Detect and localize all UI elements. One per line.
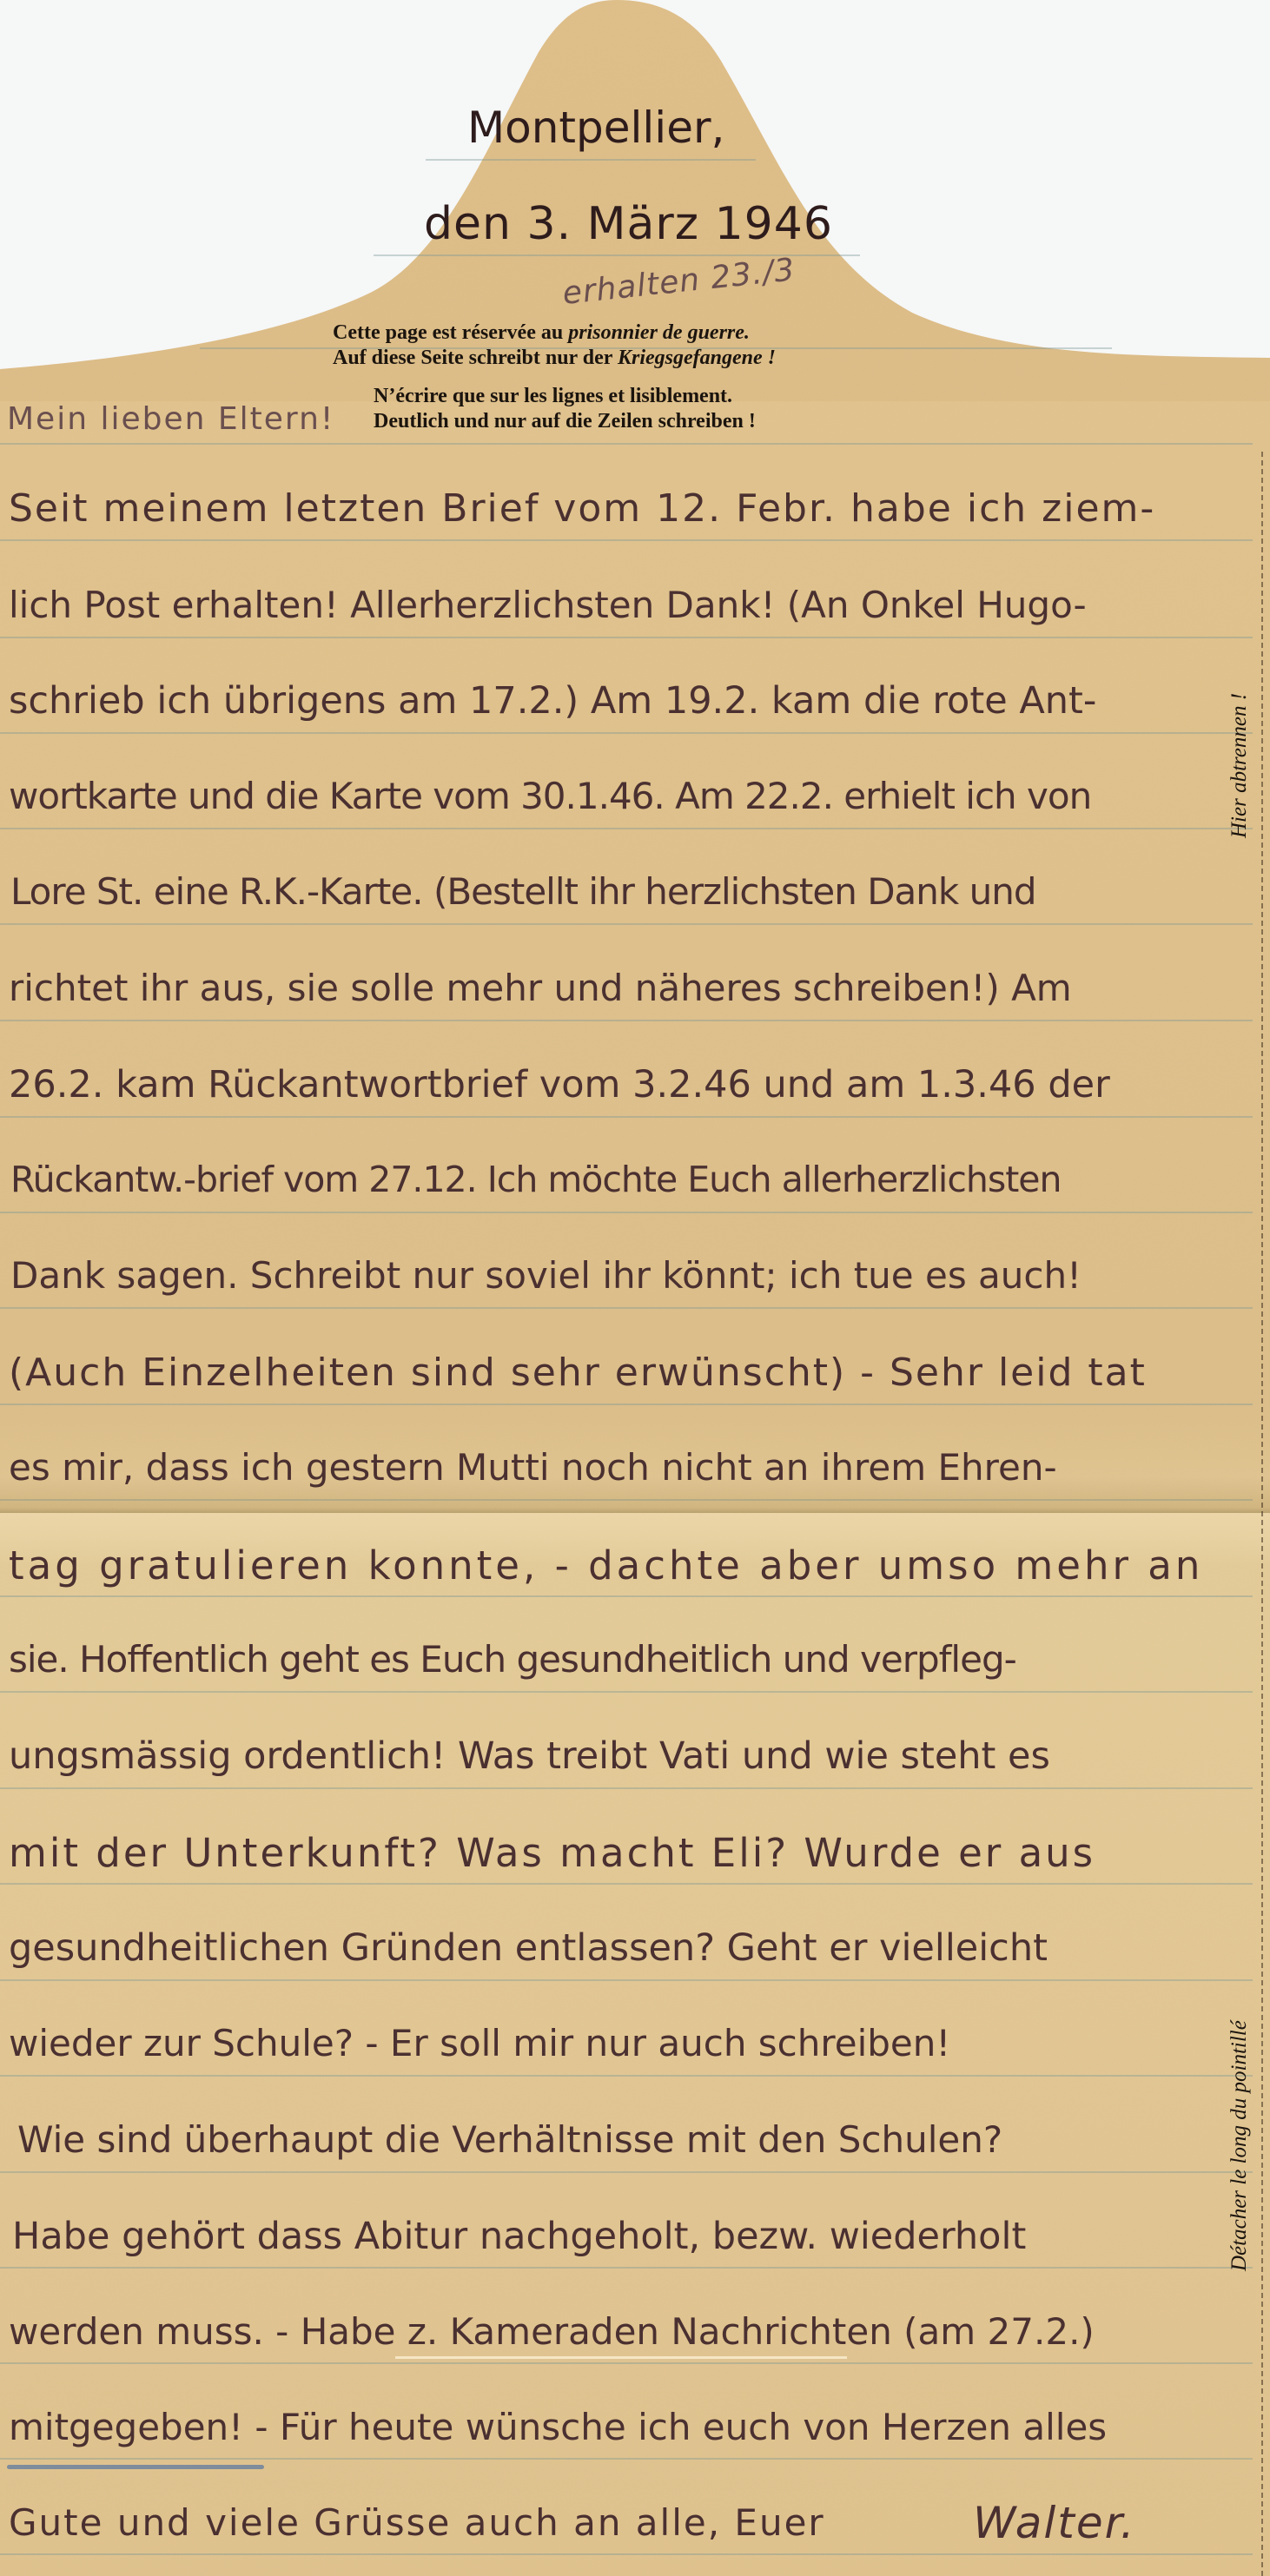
ruled-line	[0, 539, 1253, 541]
body-line: sie. Hoffentlich geht es Euch gesundheit…	[9, 1638, 1016, 1681]
body-line: es mir, dass ich gestern Mutti noch nich…	[9, 1446, 1057, 1489]
ruled-line	[0, 1212, 1253, 1213]
body-line: Rückantw.-brief vom 27.12. Ich möchte Eu…	[10, 1159, 1062, 1200]
body-line: tag gratulieren konnte, - dachte aber um…	[9, 1542, 1203, 1589]
ruled-line	[0, 732, 1253, 734]
body-line: Gute und viele Grüsse auch an alle, Euer	[9, 2501, 825, 2544]
ruled-line	[0, 1883, 1253, 1885]
ruled-line	[0, 2553, 1253, 2555]
salutation: Mein lieben Eltern!	[7, 401, 334, 437]
body-line: schrieb ich übrigens am 17.2.) Am 19.2. …	[9, 679, 1096, 723]
ruled-line	[0, 1307, 1253, 1309]
body-line: Lore St. eine R.K.-Karte. (Bestellt ihr …	[10, 870, 1035, 913]
body-line: ungsmässig ordentlich! Was treibt Vati u…	[9, 1734, 1050, 1778]
printed-instruction-fr: N’écrire que sur les lignes et lisibleme…	[374, 385, 732, 408]
perforation-line	[1261, 452, 1263, 2576]
ruled-line	[0, 2458, 1253, 2460]
ruled-line	[0, 443, 1253, 445]
body-line: gesundheitlichen Gründen entlassen? Geht…	[9, 1926, 1048, 1970]
notice-de-text: Auf diese Seite schreibt nur der	[333, 347, 618, 369]
ruled-line	[0, 2075, 1253, 2077]
notice-fr-italic: prisonnier de guerre.	[568, 321, 750, 344]
notice-fr-text: Cette page est réservée au	[333, 321, 568, 344]
printed-notice-de: Auf diese Seite schreibt nur der Kriegsg…	[333, 347, 776, 370]
ruled-line	[0, 1404, 1253, 1405]
body-line: (Auch Einzelheiten sind sehr erwünscht) …	[9, 1351, 1147, 1395]
pencil-underline	[7, 2465, 264, 2469]
body-line: Habe gehört dass Abitur nachgeholt, bezw…	[12, 2215, 1026, 2258]
body-line: werden muss. - Habe z. Kameraden Nachric…	[9, 2310, 1095, 2353]
body-line: richtet ihr aus, sie solle mehr und nähe…	[9, 967, 1072, 1009]
body-line: mitgegeben! - Für heute wünsche ich euch…	[9, 2406, 1107, 2448]
body-line: lich Post erhalten! Allerherzlichsten Da…	[9, 584, 1087, 626]
body-line: 26.2. kam Rückantwortbrief vom 3.2.46 un…	[9, 1063, 1110, 1106]
ruled-line	[0, 2171, 1253, 2173]
ruled-line	[426, 159, 756, 161]
signature: Walter.	[973, 2498, 1135, 2548]
side-print-detach-along-dotted: Détacher le long du pointillé	[1227, 2020, 1252, 2271]
letter-date: den 3. März 1946	[424, 198, 833, 250]
ruled-line	[0, 1116, 1253, 1118]
ruled-line	[0, 923, 1253, 925]
letter-place: Montpellier,	[467, 102, 724, 153]
body-line: Wie sind überhaupt die Verhältnisse mit …	[17, 2118, 1002, 2161]
printed-instruction-de: Deutlich und nur auf die Zeilen schreibe…	[374, 410, 756, 433]
ruled-line	[0, 637, 1253, 638]
body-line: wortkarte und die Karte vom 30.1.46. Am …	[9, 775, 1091, 817]
ruled-line	[0, 1595, 1253, 1597]
printed-notice-fr: Cette page est réservée au prisonnier de…	[333, 321, 750, 345]
ruled-line	[0, 2362, 1253, 2364]
body-line: Dank sagen. Schreibt nur soviel ihr könn…	[10, 1254, 1081, 1297]
ruled-line	[0, 1787, 1253, 1789]
ruled-line	[0, 1691, 1253, 1693]
body-line: Seit meinem letzten Brief vom 12. Febr. …	[9, 486, 1155, 531]
body-line: mit der Unterkunft? Was macht Eli? Wurde…	[9, 1830, 1095, 1876]
underline-mark	[395, 2356, 847, 2359]
ruled-line	[0, 2267, 1253, 2269]
body-line: wieder zur Schule? - Er soll mir nur auc…	[9, 2022, 950, 2064]
ruled-line	[0, 828, 1253, 829]
notice-de-italic: Kriegsgefangene !	[618, 347, 776, 369]
ruled-line	[0, 1979, 1253, 1981]
side-print-tear-here: Hier abtrennen !	[1227, 693, 1252, 838]
ruled-line	[0, 1020, 1253, 1021]
